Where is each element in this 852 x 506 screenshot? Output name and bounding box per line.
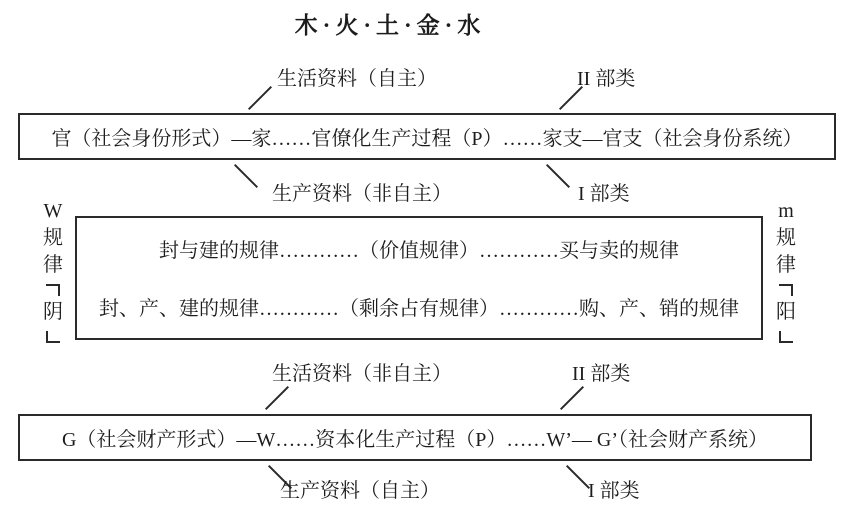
vertical-right-quoted: 阳 [776, 302, 796, 323]
vertical-quote-close-icon [779, 331, 793, 343]
vertical-quote-close-icon [46, 331, 60, 343]
vertical-right-head: m [778, 201, 794, 222]
vertical-left-head: W [44, 201, 63, 222]
top-label-production-materials-nonautonomous: 生产资料（非自主） [272, 181, 452, 207]
connector-slash-top-right [559, 86, 583, 110]
box-social-identity-system: 官（社会身份形式）—家……官僚化生产过程（P）……家支—官支（社会身份系统） [18, 113, 836, 160]
vertical-quote-open-icon [46, 284, 60, 296]
laws-line-surplus: 封、产、建的规律…………（剩余占有规律）…………购、产、销的规律 [99, 292, 739, 321]
connector-slash-bottom-left [265, 386, 289, 410]
top-label-category-ii: II 部类 [577, 66, 635, 92]
vertical-label-m-law-yang: m 规 律 阳 [769, 201, 803, 343]
vertical-label-w-law-yin: W 规 律 阴 [36, 201, 70, 343]
bottom-label-category-i: I 部类 [588, 478, 640, 504]
vertical-left-quoted: 阴 [43, 302, 63, 323]
vertical-quote-open-icon [779, 284, 793, 296]
box-social-property-system: G（社会财产形式）—W……资本化生产过程（P）……W’— G’（社会财产系统） [18, 414, 812, 461]
connector-slash-bottom-right [560, 386, 584, 410]
top-label-category-i: I 部类 [578, 181, 630, 207]
box-social-property-text: G（社会财产形式）—W……资本化生产过程（P）……W’— G’（社会财产系统） [62, 423, 768, 452]
box-laws: 封与建的规律…………（价值规律）…………买与卖的规律 封、产、建的规律…………（… [75, 216, 763, 340]
bottom-label-production-materials-autonomous: 生产资料（自主） [280, 478, 440, 504]
connector-backslash-top-box-left [234, 164, 258, 188]
vertical-left-char2: 律 [43, 255, 63, 276]
connector-slash-top-left [248, 86, 272, 110]
connector-backslash-bottom-box-right [566, 465, 590, 489]
vertical-left-char1: 规 [43, 228, 63, 249]
vertical-right-char2: 律 [776, 255, 796, 276]
laws-line-value: 封与建的规律…………（价值规律）…………买与卖的规律 [159, 234, 679, 263]
diagram-title: 木·火·土·金·水 [0, 7, 852, 40]
bottom-label-category-ii: II 部类 [572, 361, 630, 387]
box-social-identity-text: 官（社会身份形式）—家……官僚化生产过程（P）……家支—官支（社会身份系统） [51, 122, 802, 151]
connector-backslash-top-box-right [546, 164, 570, 188]
vertical-right-char1: 规 [776, 228, 796, 249]
bottom-label-living-materials-nonautonomous: 生活资料（非自主） [272, 361, 452, 387]
top-label-living-materials-autonomous: 生活资料（自主） [277, 66, 437, 92]
diagram-canvas: 木·火·土·金·水 生活资料（自主） II 部类 官（社会身份形式）—家……官僚… [0, 0, 852, 506]
